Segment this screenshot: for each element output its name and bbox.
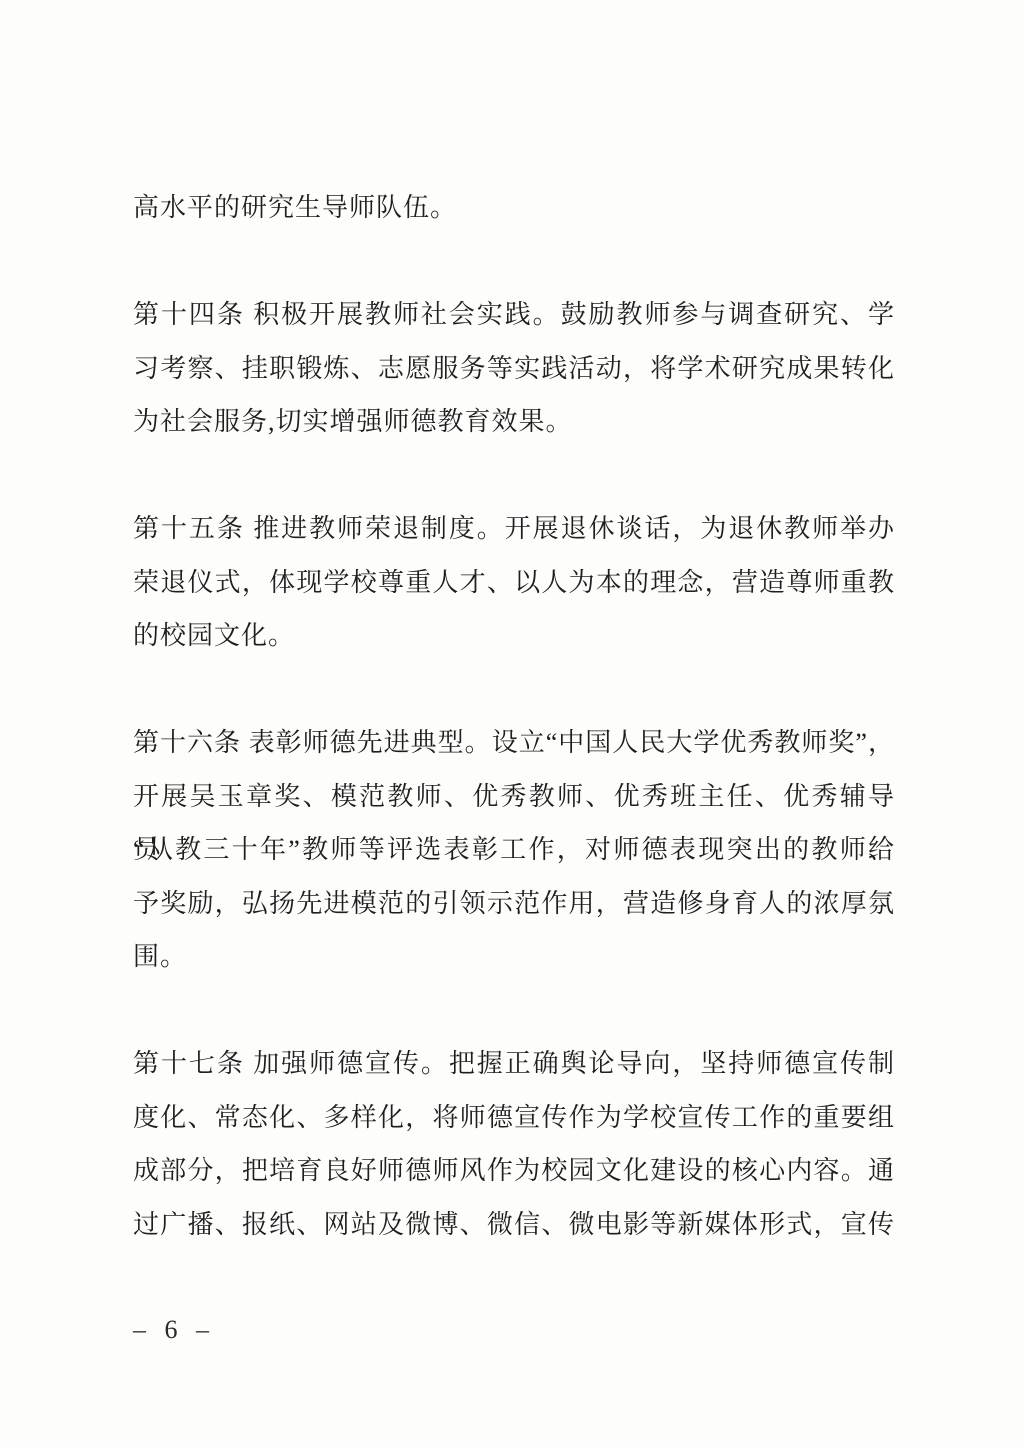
text-line: “从教三十年”教师等评选表彰工作，对师德表现突出的教师给 [133,823,895,877]
paragraph-article-15: 第十五条 推进教师荣退制度。开展退休谈话，为退休教师举办 荣退仪式，体现学校尊重… [133,502,895,663]
text-line: 第十七条 加强师德宣传。把握正确舆论导向，坚持师德宣传制 [133,1037,895,1091]
paragraph: 高水平的研究生导师队伍。 [133,181,895,235]
text-line: 度化、常态化、多样化，将师德宣传作为学校宣传工作的重要组 [133,1091,895,1145]
text-line: 荣退仪式，体现学校尊重人才、以人为本的理念，营造尊师重教 [133,556,895,610]
text-line: 予奖励，弘扬先进模范的引领示范作用，营造修身育人的浓厚氛 [133,877,895,931]
document-page: 高水平的研究生导师队伍。 第十四条 积极开展教师社会实践。鼓励教师参与调查研究、… [0,0,1024,1448]
text-line: 习考察、挂职锻炼、志愿服务等实践活动，将学术研究成果转化 [133,342,895,396]
text-line: 成部分，把培育良好师德师风作为校园文化建设的核心内容。通 [133,1144,895,1198]
paragraph-article-17: 第十七条 加强师德宣传。把握正确舆论导向，坚持师德宣传制 度化、常态化、多样化，… [133,1037,895,1251]
text-line: 开展吴玉章奖、模范教师、优秀教师、优秀班主任、优秀辅导员、 [133,770,895,824]
text-line: 第十六条 表彰师德先进典型。设立“中国人民大学优秀教师奖”， [133,716,895,770]
paragraph-article-14: 第十四条 积极开展教师社会实践。鼓励教师参与调查研究、学 习考察、挂职锻炼、志愿… [133,288,895,449]
text-line: 为社会服务,切实增强师德教育效果。 [133,395,895,449]
paragraph-article-16: 第十六条 表彰师德先进典型。设立“中国人民大学优秀教师奖”， 开展吴玉章奖、模范… [133,716,895,984]
text-line: 第十四条 积极开展教师社会实践。鼓励教师参与调查研究、学 [133,288,895,342]
text-line: 围。 [133,930,895,984]
page-number: – 6 – [133,1305,215,1355]
text-line: 高水平的研究生导师队伍。 [133,181,895,235]
text-line: 第十五条 推进教师荣退制度。开展退休谈话，为退休教师举办 [133,502,895,556]
text-line: 过广播、报纸、网站及微博、微信、微电影等新媒体形式，宣传 [133,1198,895,1252]
document-body: 高水平的研究生导师队伍。 第十四条 积极开展教师社会实践。鼓励教师参与调查研究、… [133,181,895,1251]
text-line: 的校园文化。 [133,609,895,663]
